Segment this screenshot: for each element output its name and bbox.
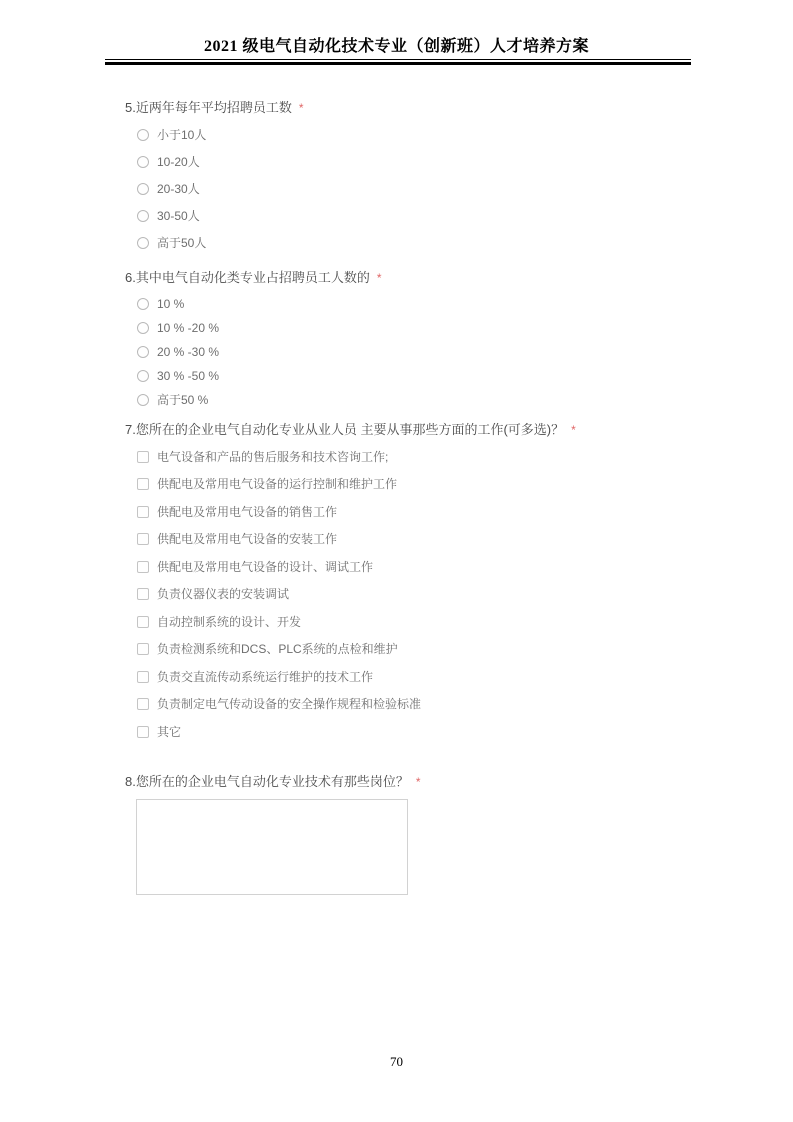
q7-checkbox-option[interactable]: 供配电及常用电气设备的销售工作 xyxy=(137,504,337,519)
header-rule-thick-line xyxy=(105,62,691,65)
checkbox-icon[interactable] xyxy=(137,451,149,463)
checkbox-option-label: 负责交直流传动系统运行维护的技术工作 xyxy=(157,668,373,685)
radio-button-icon[interactable] xyxy=(137,237,149,249)
checkbox-option-label: 供配电及常用电气设备的安装工作 xyxy=(157,530,337,547)
radio-button-icon[interactable] xyxy=(137,394,149,406)
checkbox-option-label: 负责制定电气传动设备的安全操作规程和检验标准 xyxy=(157,695,421,712)
q6-radio-option[interactable]: 10 % xyxy=(137,296,184,311)
checkbox-icon[interactable] xyxy=(137,478,149,490)
checkbox-option-label: 供配电及常用电气设备的运行控制和维护工作 xyxy=(157,475,397,492)
question-7-title: 7.您所在的企业电气自动化专业从业人员 主要从事那些方面的工作(可多选)？* xyxy=(125,419,576,438)
checkbox-option-label: 供配电及常用电气设备的设计、调试工作 xyxy=(157,558,373,575)
radio-option-label: 20-30人 xyxy=(157,180,200,197)
radio-option-label: 30 % -50 % xyxy=(157,369,219,383)
q6-radio-option[interactable]: 高于50 % xyxy=(137,392,208,407)
document-page: 2021 级电气自动化技术专业（创新班）人才培养方案 5.近两年每年平均招聘员工… xyxy=(0,0,793,1122)
radio-option-label: 10 % xyxy=(157,297,184,311)
radio-option-label: 小于10人 xyxy=(157,126,206,143)
radio-button-icon[interactable] xyxy=(137,346,149,358)
checkbox-icon[interactable] xyxy=(137,533,149,545)
checkbox-icon[interactable] xyxy=(137,588,149,600)
radio-button-icon[interactable] xyxy=(137,129,149,141)
radio-button-icon[interactable] xyxy=(137,156,149,168)
checkbox-option-label: 供配电及常用电气设备的销售工作 xyxy=(157,503,337,520)
checkbox-option-label: 负责仪器仪表的安装调试 xyxy=(157,585,289,602)
required-asterisk: * xyxy=(299,101,304,115)
radio-option-label: 30-50人 xyxy=(157,207,200,224)
q7-checkbox-option[interactable]: 供配电及常用电气设备的设计、调试工作 xyxy=(137,559,373,574)
question-6-title: 6.其中电气自动化类专业占招聘员工人数的* xyxy=(125,267,382,286)
q7-checkbox-option[interactable]: 其它 xyxy=(137,724,181,739)
checkbox-icon[interactable] xyxy=(137,698,149,710)
checkbox-icon[interactable] xyxy=(137,506,149,518)
required-asterisk: * xyxy=(416,775,421,789)
header-double-rule xyxy=(105,59,691,65)
q6-radio-option[interactable]: 10 % -20 % xyxy=(137,320,219,335)
radio-button-icon[interactable] xyxy=(137,298,149,310)
radio-option-label: 10 % -20 % xyxy=(157,321,219,335)
q6-radio-option[interactable]: 20 % -30 % xyxy=(137,344,219,359)
checkbox-icon[interactable] xyxy=(137,726,149,738)
checkbox-icon[interactable] xyxy=(137,671,149,683)
required-asterisk: * xyxy=(377,271,382,285)
q7-checkbox-option[interactable]: 负责制定电气传动设备的安全操作规程和检验标准 xyxy=(137,696,421,711)
q5-radio-option[interactable]: 小于10人 xyxy=(137,127,206,142)
q5-radio-option[interactable]: 30-50人 xyxy=(137,208,200,223)
q6-radio-option[interactable]: 30 % -50 % xyxy=(137,368,219,383)
checkbox-icon[interactable] xyxy=(137,643,149,655)
checkbox-icon[interactable] xyxy=(137,616,149,628)
q7-checkbox-option[interactable]: 供配电及常用电气设备的安装工作 xyxy=(137,531,337,546)
radio-option-label: 高于50人 xyxy=(157,234,206,251)
question-5-title: 5.近两年每年平均招聘员工数* xyxy=(125,97,304,116)
checkbox-option-label: 其它 xyxy=(157,723,181,740)
radio-option-label: 10-20人 xyxy=(157,153,200,170)
checkbox-icon[interactable] xyxy=(137,561,149,573)
checkbox-option-label: 自动控制系统的设计、开发 xyxy=(157,613,301,630)
radio-option-label: 高于50 % xyxy=(157,391,208,408)
q5-radio-option[interactable]: 10-20人 xyxy=(137,154,200,169)
required-asterisk: * xyxy=(571,423,576,437)
radio-button-icon[interactable] xyxy=(137,370,149,382)
radio-button-icon[interactable] xyxy=(137,322,149,334)
q8-answer-textarea[interactable] xyxy=(136,799,408,895)
q7-checkbox-option[interactable]: 供配电及常用电气设备的运行控制和维护工作 xyxy=(137,476,397,491)
document-header-title: 2021 级电气自动化技术专业（创新班）人才培养方案 xyxy=(0,33,793,56)
q7-checkbox-option[interactable]: 电气设备和产品的售后服务和技术咨询工作; xyxy=(137,449,388,464)
q7-checkbox-option[interactable]: 负责检测系统和DCS、PLC系统的点检和维护 xyxy=(137,641,398,656)
radio-option-label: 20 % -30 % xyxy=(157,345,219,359)
radio-button-icon[interactable] xyxy=(137,183,149,195)
page-number: 70 xyxy=(0,1054,793,1070)
checkbox-option-label: 负责检测系统和DCS、PLC系统的点检和维护 xyxy=(157,640,398,657)
question-8-title: 8.您所在的企业电气自动化专业技术有那些岗位？* xyxy=(125,771,421,790)
q7-checkbox-option[interactable]: 自动控制系统的设计、开发 xyxy=(137,614,301,629)
checkbox-option-label: 电气设备和产品的售后服务和技术咨询工作; xyxy=(157,448,388,465)
radio-button-icon[interactable] xyxy=(137,210,149,222)
q5-radio-option[interactable]: 高于50人 xyxy=(137,235,206,250)
q7-checkbox-option[interactable]: 负责仪器仪表的安装调试 xyxy=(137,586,289,601)
q5-radio-option[interactable]: 20-30人 xyxy=(137,181,200,196)
q7-checkbox-option[interactable]: 负责交直流传动系统运行维护的技术工作 xyxy=(137,669,373,684)
